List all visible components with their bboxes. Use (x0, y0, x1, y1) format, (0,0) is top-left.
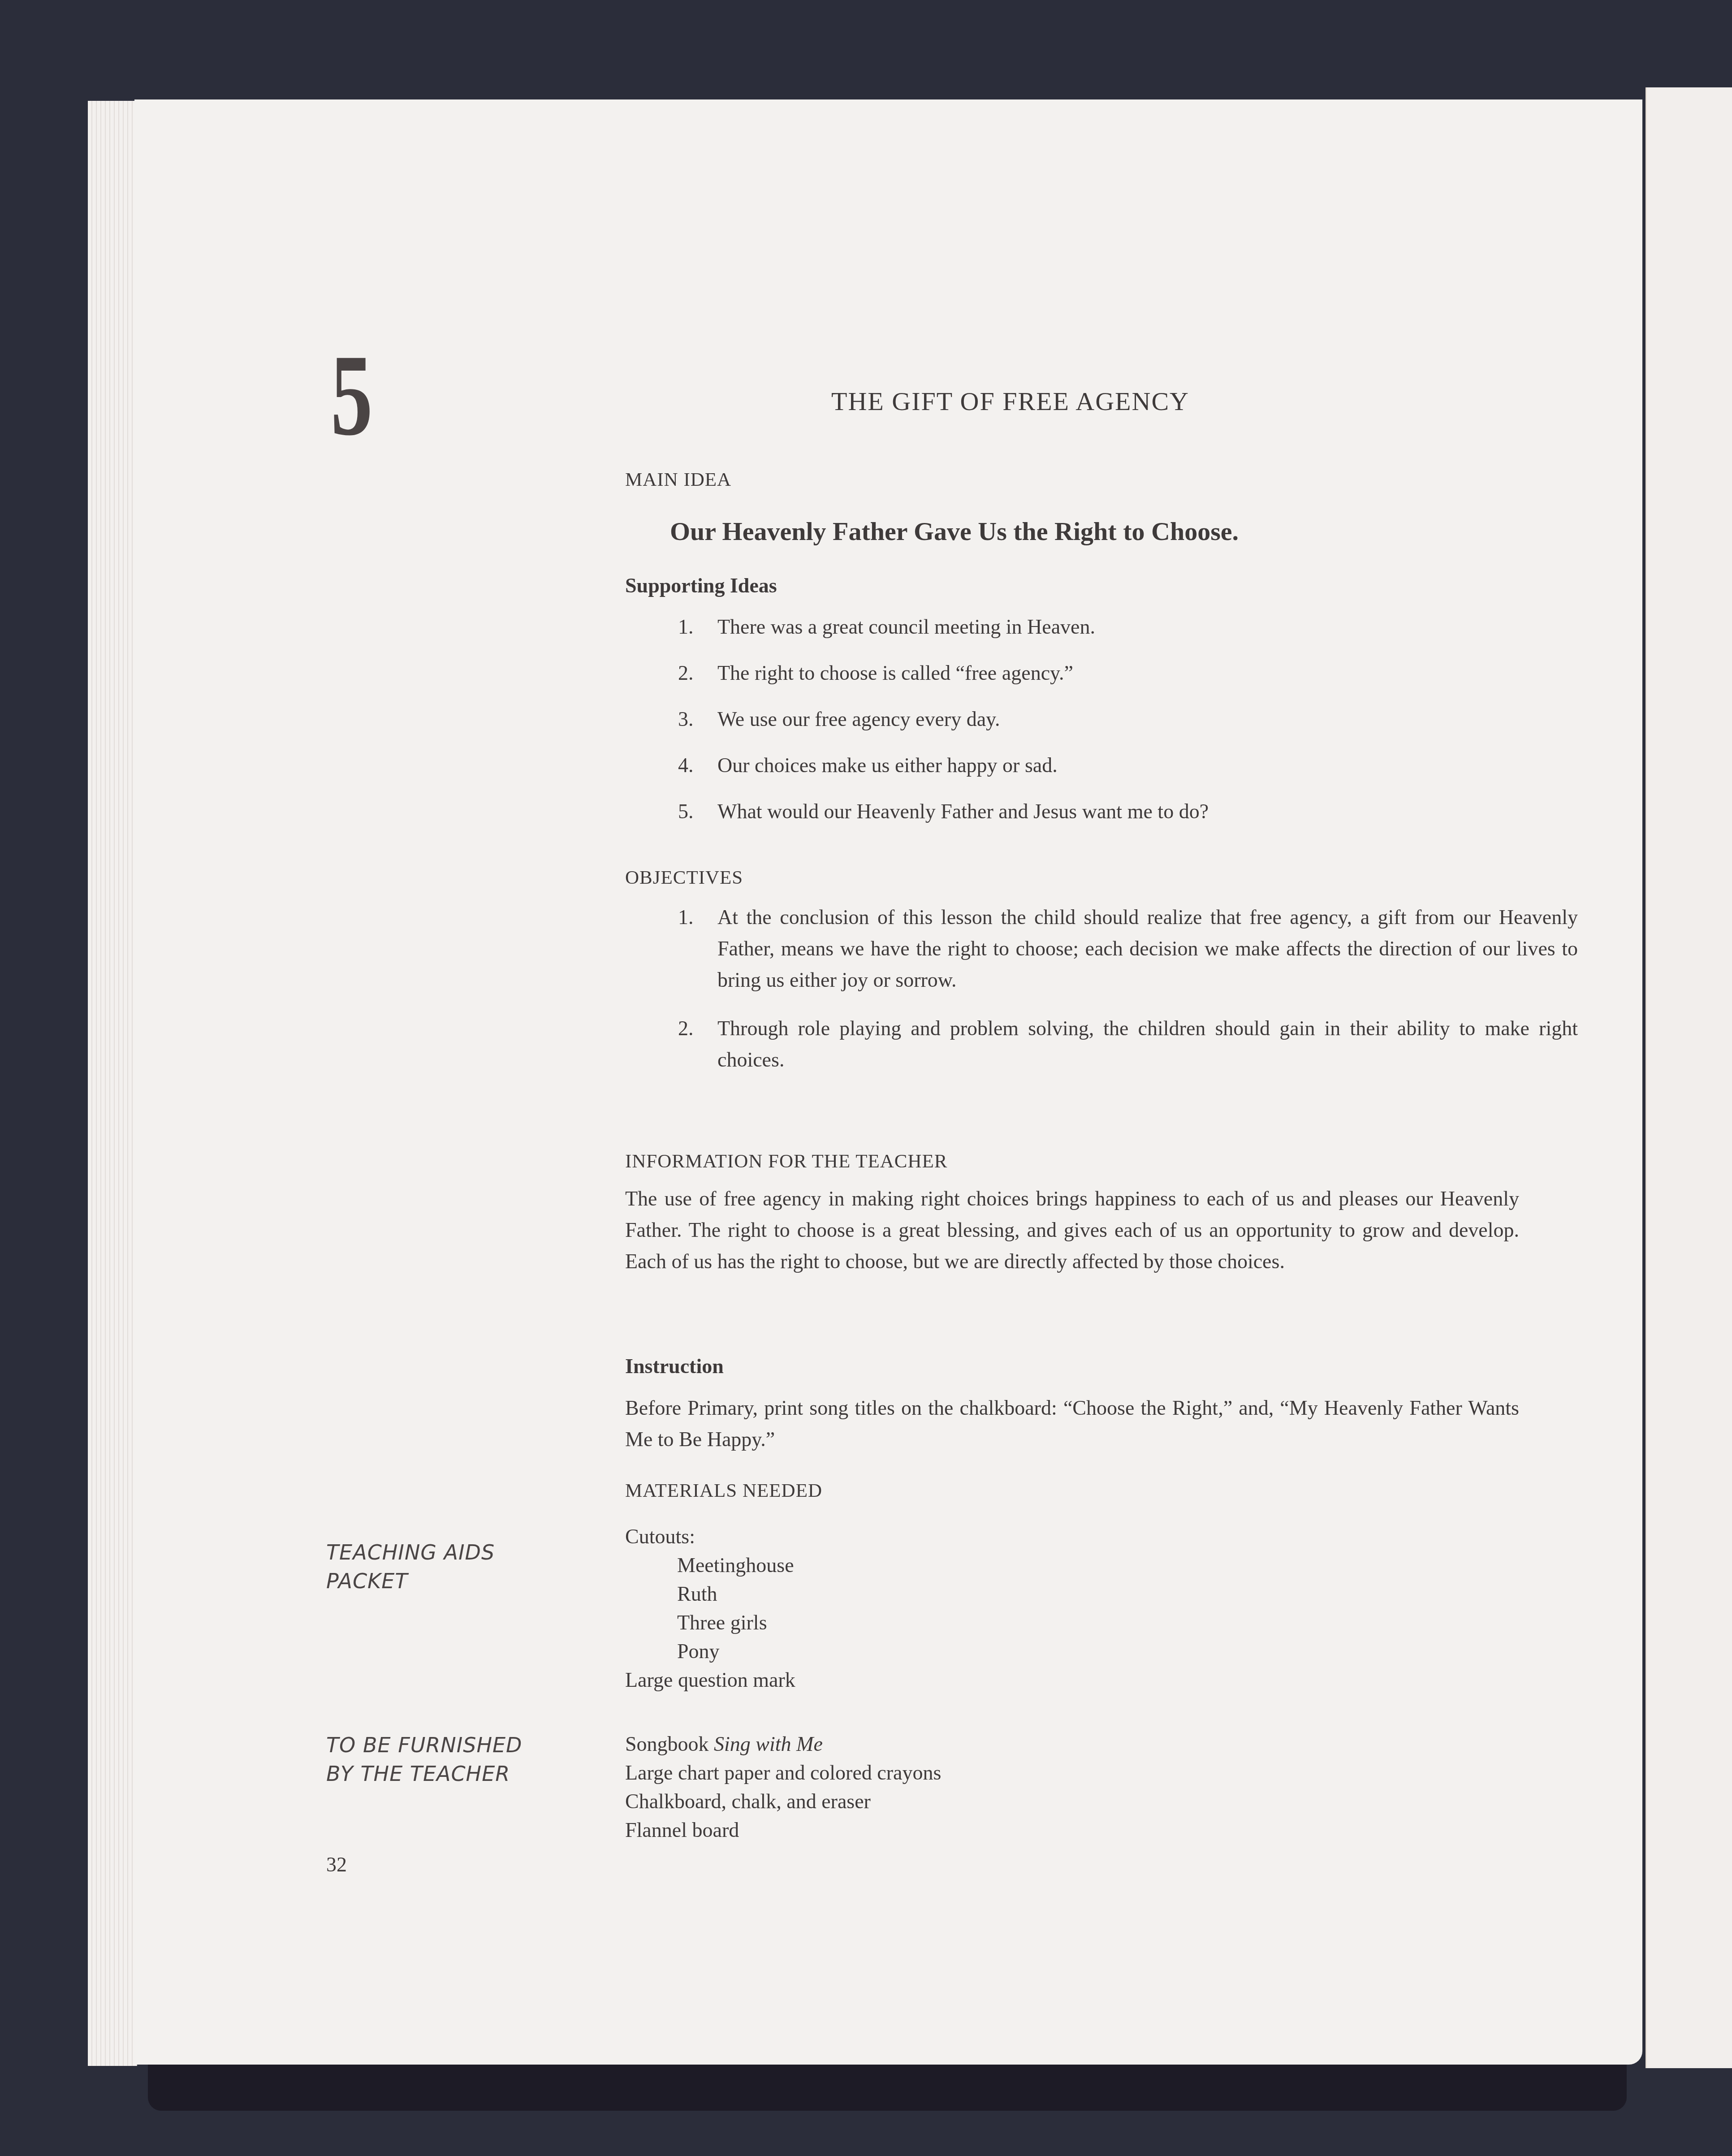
instruction-paragraph: Before Primary, print song titles on the… (625, 1392, 1519, 1455)
supporting-idea-item: 5.What would our Heavenly Father and Jes… (678, 796, 1209, 827)
supporting-ideas-heading: Supporting Ideas (625, 574, 777, 597)
materials-heading: MATERIALS NEEDED (625, 1480, 822, 1502)
information-paragraph: The use of free agency in making right c… (625, 1183, 1519, 1277)
supporting-idea-item: 3.We use our free agency every day. (678, 704, 1209, 735)
songbook-title: Sing with Me (714, 1733, 823, 1755)
furnished-label: TO BE FURNISHED BY THE TEACHER (326, 1731, 523, 1788)
songbook-item: Songbook Sing with Me (625, 1730, 941, 1759)
supporting-idea-item: 2.The right to choose is called “free ag… (678, 657, 1209, 689)
cutouts-label: Cutouts: (625, 1522, 795, 1551)
objectives-heading: OBJECTIVES (625, 867, 743, 889)
material-item: Large chart paper and colored crayons (625, 1759, 941, 1787)
chapter-number: 5 (331, 337, 373, 454)
material-item: Flannel board (625, 1816, 941, 1845)
cutout-item: Three girls (625, 1608, 795, 1637)
material-item: Chalkboard, chalk, and eraser (625, 1787, 941, 1816)
objective-item: 2.Through role playing and problem solvi… (678, 1013, 1578, 1076)
supporting-idea-item: 4.Our choices make us either happy or sa… (678, 750, 1209, 781)
instruction-heading: Instruction (625, 1354, 724, 1378)
cutout-item: Ruth (625, 1580, 795, 1608)
objective-item: 1.At the conclusion of this lesson the c… (678, 902, 1578, 996)
page-number: 32 (326, 1853, 347, 1876)
furnished-list: Songbook Sing with Me Large chart paper … (625, 1730, 941, 1845)
teaching-aids-list: Cutouts: Meetinghouse Ruth Three girls P… (625, 1522, 795, 1694)
adjacent-page-edge (1646, 87, 1732, 2068)
lesson-title: THE GIFT OF FREE AGENCY (831, 386, 1189, 416)
information-heading: INFORMATION FOR THE TEACHER (625, 1150, 947, 1172)
cutout-item: Pony (625, 1637, 795, 1666)
material-item: Large question mark (625, 1666, 795, 1694)
objectives-list: 1.At the conclusion of this lesson the c… (678, 902, 1578, 1093)
page-stack-edges (88, 101, 137, 2066)
cutout-item: Meetinghouse (625, 1551, 795, 1580)
main-idea-heading: MAIN IDEA (625, 469, 731, 491)
supporting-ideas-list: 1.There was a great council meeting in H… (678, 611, 1209, 842)
page-shadow (148, 2061, 1627, 2111)
book-page: 5 THE GIFT OF FREE AGENCY MAIN IDEA Our … (134, 99, 1642, 2065)
supporting-idea-item: 1.There was a great council meeting in H… (678, 611, 1209, 643)
teaching-aids-label: TEACHING AIDS PACKET (326, 1538, 495, 1595)
main-idea-text: Our Heavenly Father Gave Us the Right to… (670, 516, 1239, 546)
